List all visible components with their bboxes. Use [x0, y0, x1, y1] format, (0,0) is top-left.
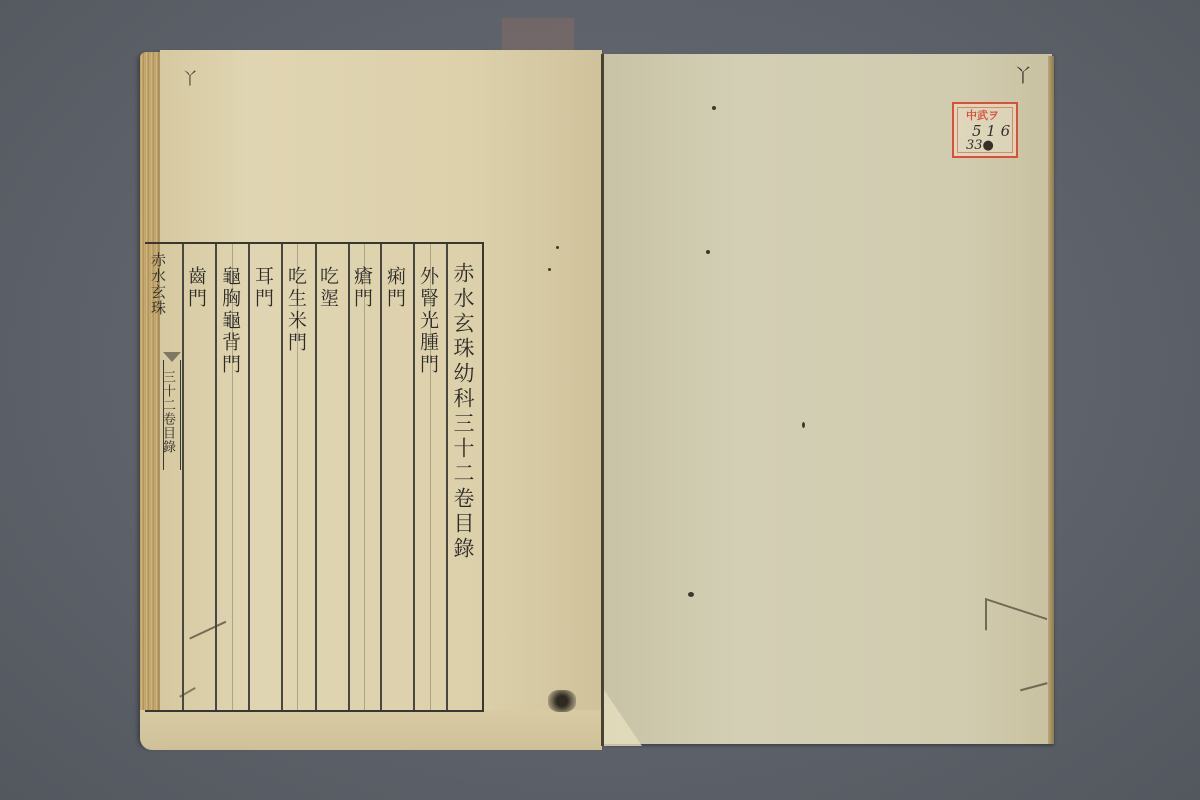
book-gutter [601, 54, 604, 746]
paper-speck [802, 422, 805, 428]
toc-title: 赤水玄珠幼科三十二卷目錄 [452, 262, 473, 562]
ink-stain [548, 690, 576, 712]
column-rule [348, 244, 350, 710]
column-rule [446, 244, 448, 710]
paper-speck [712, 106, 716, 110]
toc-entry: 瘡門 [352, 266, 371, 310]
toc-entry: 吃生米門 [286, 266, 305, 354]
toc-entry: 龜胸龜背門 [220, 266, 239, 376]
column-rule [281, 244, 283, 710]
paper-speck [706, 250, 710, 254]
column-rule [413, 244, 415, 710]
paper-speck [688, 592, 694, 597]
fore-edge-volume-label: 三十二卷目錄 [161, 370, 174, 454]
right-page-edge [1048, 56, 1054, 744]
paper-speck [548, 268, 551, 271]
column-rule [380, 244, 382, 710]
column-rule [182, 244, 184, 710]
column-rule [248, 244, 250, 710]
toc-entry: 齒門 [186, 266, 205, 310]
seal-call-number-2: 33● [966, 138, 994, 153]
fore-edge-title: 赤水玄珠 [150, 252, 165, 316]
seal-header: 中武ヲ [966, 107, 999, 123]
column-rule [315, 244, 317, 710]
toc-entry: 外腎光腫門 [418, 266, 437, 376]
frame-rule-top [145, 242, 170, 244]
column-rule [215, 244, 217, 710]
corner-mark-right: 丫 [1014, 62, 1032, 88]
toc-entry: 吃埿 [318, 266, 337, 310]
frame-rule-bottom [145, 710, 170, 712]
left-page-bottom-edge [140, 710, 602, 750]
toc-entry: 耳門 [253, 266, 272, 310]
toc-entry: 痢門 [385, 266, 404, 310]
library-seal: 中武ヲ 5 1 6 33● [952, 102, 1018, 158]
folded-corner [604, 690, 642, 746]
column-rule-faint [364, 244, 365, 710]
corner-mark-left: 丫 [182, 66, 198, 89]
paper-speck [556, 246, 559, 249]
